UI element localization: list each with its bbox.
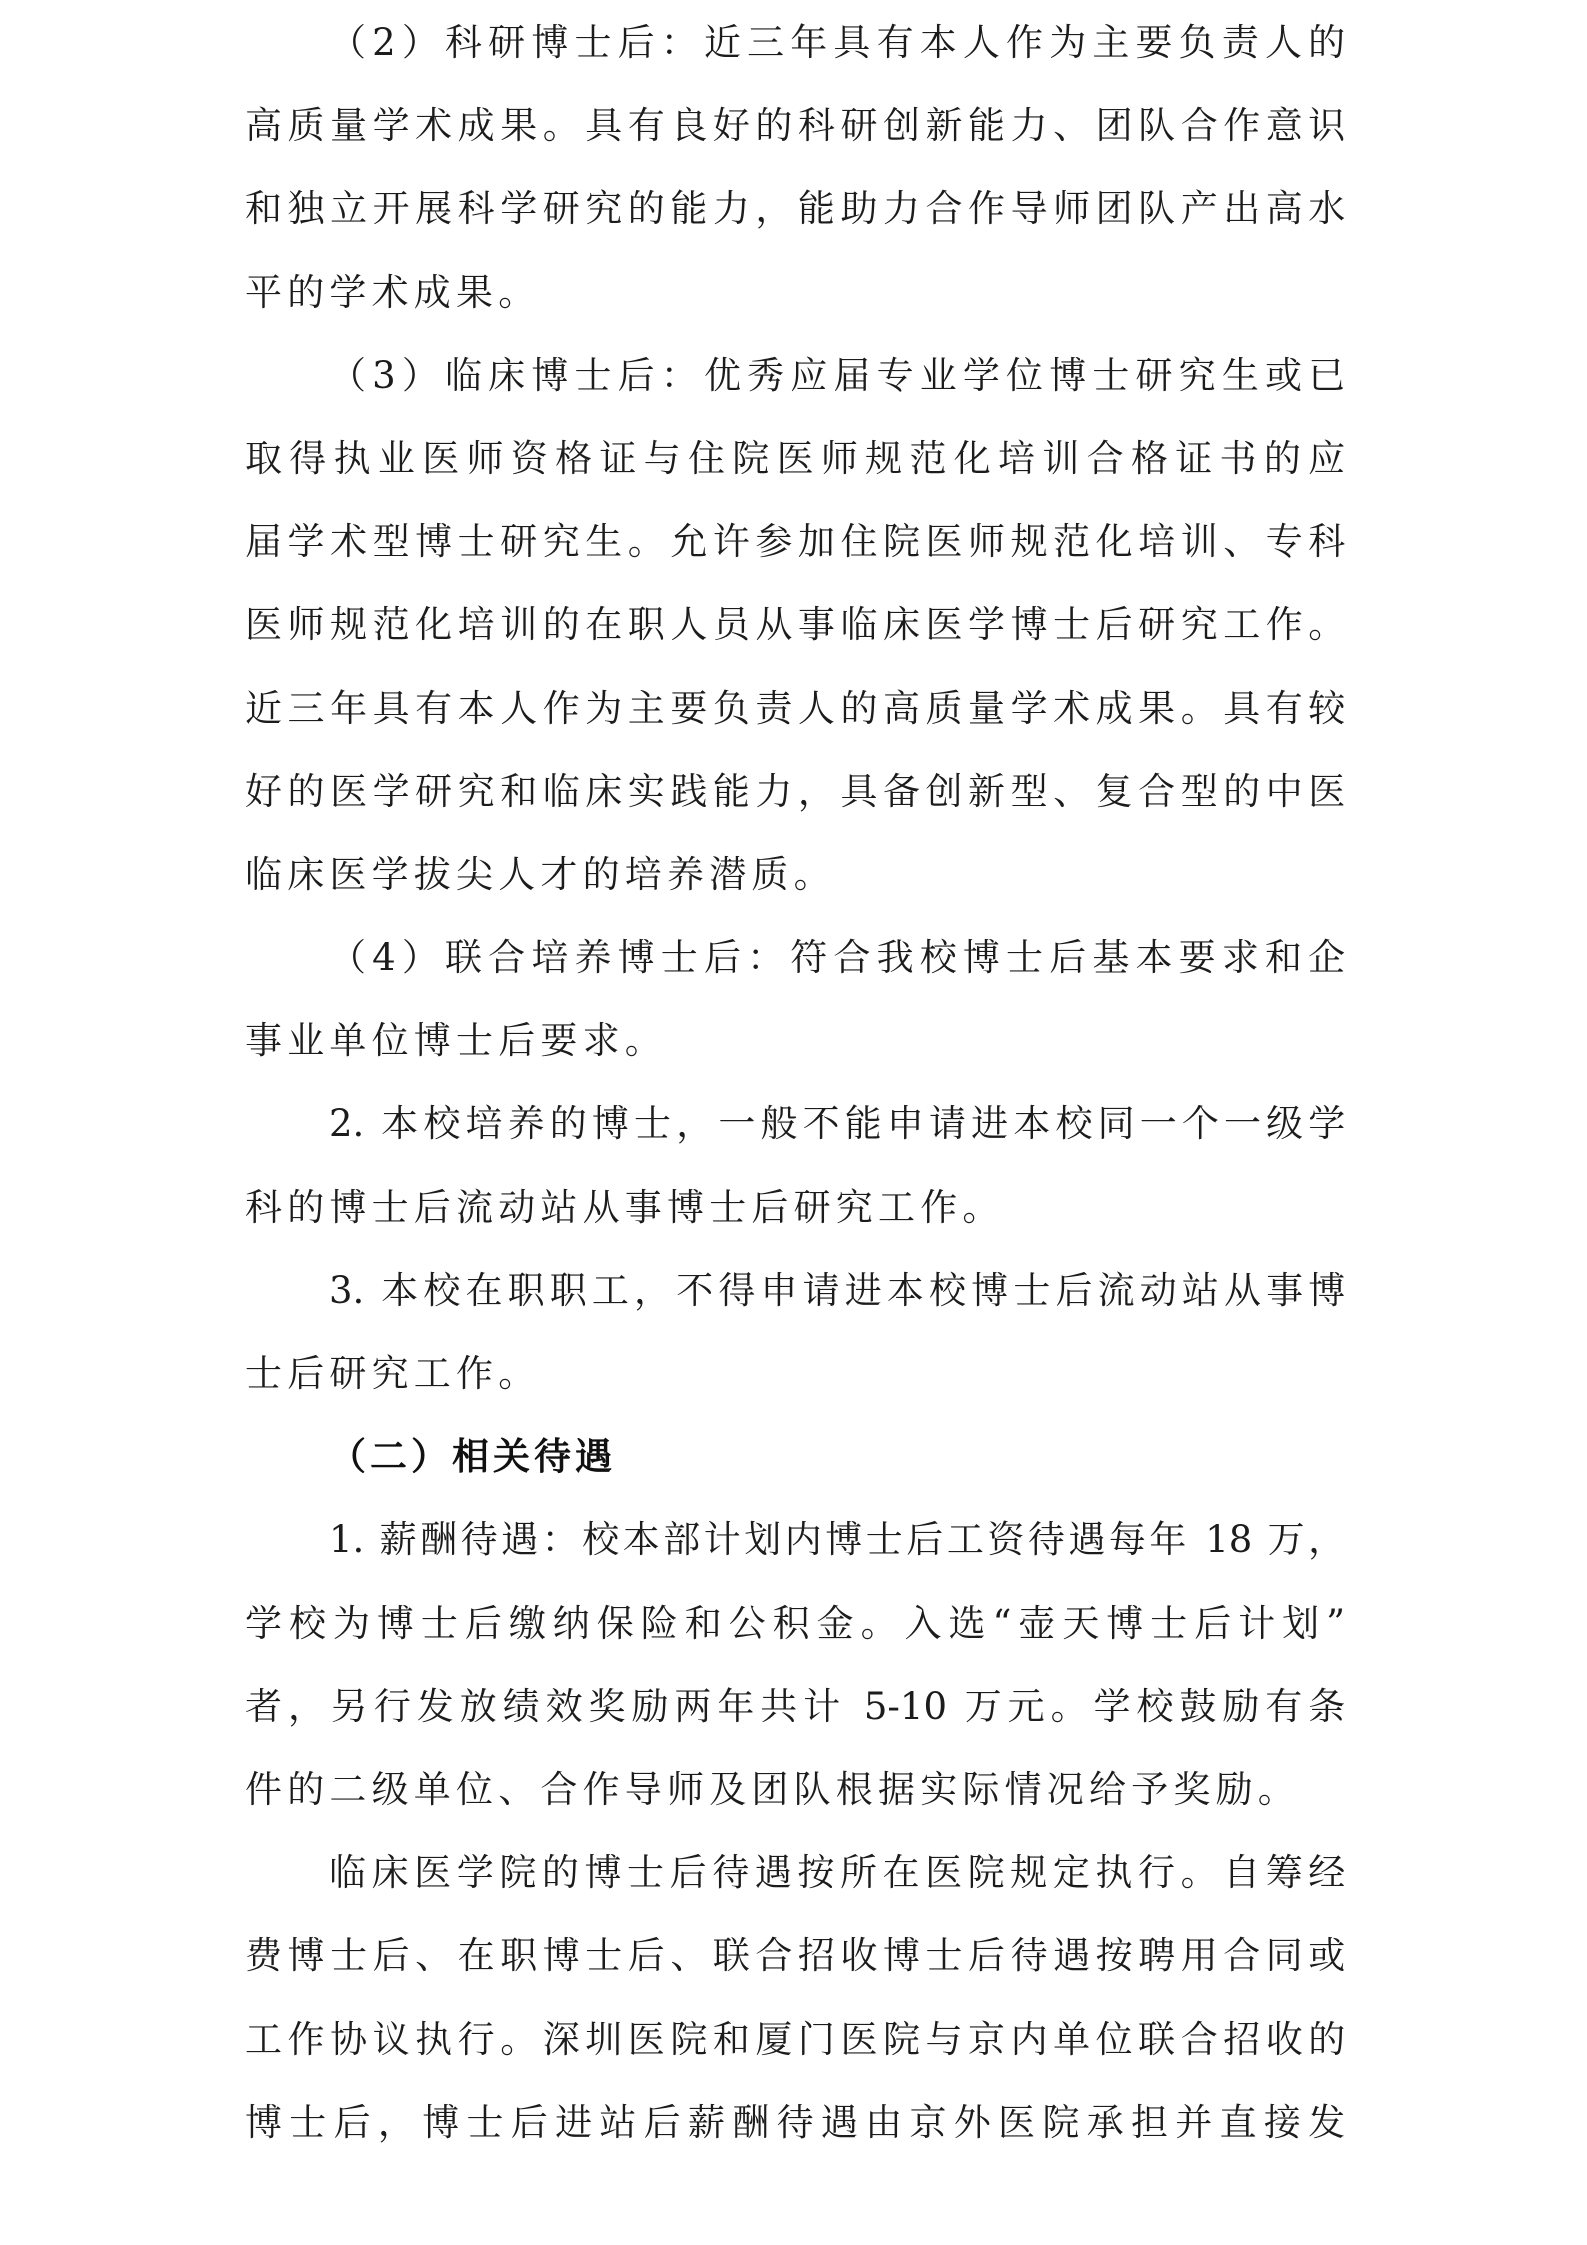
- paragraph-line: 医​师​规​范​化​培​训​的​在​职​人​员​从​事​临​床​医​学​博​士​…: [245, 583, 1345, 666]
- paragraph-line: 事业单位博士后要求。: [245, 999, 1345, 1082]
- paragraph-line: （​4​）​联​合​培​养​博​士​后​：​符​合​我​校​博​士​后​基​本​…: [245, 916, 1345, 999]
- paragraph-line: 士后研究工作。: [245, 1332, 1345, 1415]
- section-heading: （二）相关待遇: [245, 1415, 1345, 1498]
- paragraph-line: 工​作​协​议​执​行​。​深​圳​医​院​和​厦​门​医​院​与​京​内​单​…: [245, 1998, 1345, 2081]
- paragraph-line: 件的二级单位、合作导师及团队根据实际情况给予奖励。: [245, 1748, 1345, 1831]
- paragraph-line: 临床医学拔尖人才的培养潜质。: [245, 833, 1345, 916]
- paragraph-line: 科的博士后流动站从事博士后研究工作。: [245, 1166, 1345, 1249]
- paragraph-line: 3​.​ ​本​校​在​职​职​工​，​不​得​申​请​进​本​校​博​士​后​…: [245, 1249, 1345, 1332]
- paragraph-line: 费​博​士​后​、​在​职​博​士​后​、​联​合​招​收​博​士​后​待​遇​…: [245, 1914, 1345, 1997]
- paragraph-line: 好​的​医​学​研​究​和​临​床​实​践​能​力​，​具​备​创​新​型​、​…: [245, 750, 1345, 833]
- paragraph-line: （​2​）​科​研​博​士​后​：​近​三​年​具​有​本​人​作​为​主​要​…: [245, 1, 1345, 84]
- paragraph-line: 者​，​另​行​发​放​绩​效​奖​励​两​年​共​计​ ​5​-​1​0​ ​…: [245, 1665, 1345, 1748]
- document-page: （​2​）​科​研​博​士​后​：​近​三​年​具​有​本​人​作​为​主​要​…: [245, 1, 1345, 2164]
- paragraph-line: 届​学​术​型​博​士​研​究​生​。​允​许​参​加​住​院​医​师​规​范​…: [245, 500, 1345, 583]
- paragraph-line: 博​士​后​，​博​士​后​进​站​后​薪​酬​待​遇​由​京​外​医​院​承​…: [245, 2081, 1345, 2164]
- paragraph-line: 近​三​年​具​有​本​人​作​为​主​要​负​责​人​的​高​质​量​学​术​…: [245, 667, 1345, 750]
- paragraph-line: 学​校​为​博​士​后​缴​纳​保​险​和​公​积​金​。​入​选​“​壶​天​…: [245, 1582, 1345, 1665]
- paragraph-line: 高​质​量​学​术​成​果​。​具​有​良​好​的​科​研​创​新​能​力​、​…: [245, 84, 1345, 167]
- paragraph-line: 取​得​执​业​医​师​资​格​证​与​住​院​医​师​规​范​化​培​训​合​…: [245, 417, 1345, 500]
- paragraph-line: 临​床​医​学​院​的​博​士​后​待​遇​按​所​在​医​院​规​定​执​行​…: [245, 1831, 1345, 1914]
- paragraph-line: 2​.​ ​本​校​培​养​的​博​士​，​一​般​不​能​申​请​进​本​校​…: [245, 1082, 1345, 1165]
- paragraph-line: 1​.​ ​薪​酬​待​遇​：​校​本​部​计​划​内​博​士​后​工​资​待​…: [245, 1498, 1345, 1581]
- paragraph-line: 和​独​立​开​展​科​学​研​究​的​能​力​，​能​助​力​合​作​导​师​…: [245, 167, 1345, 250]
- paragraph-line: 平的学术成果。: [245, 251, 1345, 334]
- paragraph-line: （​3​）​临​床​博​士​后​：​优​秀​应​届​专​业​学​位​博​士​研​…: [245, 334, 1345, 417]
